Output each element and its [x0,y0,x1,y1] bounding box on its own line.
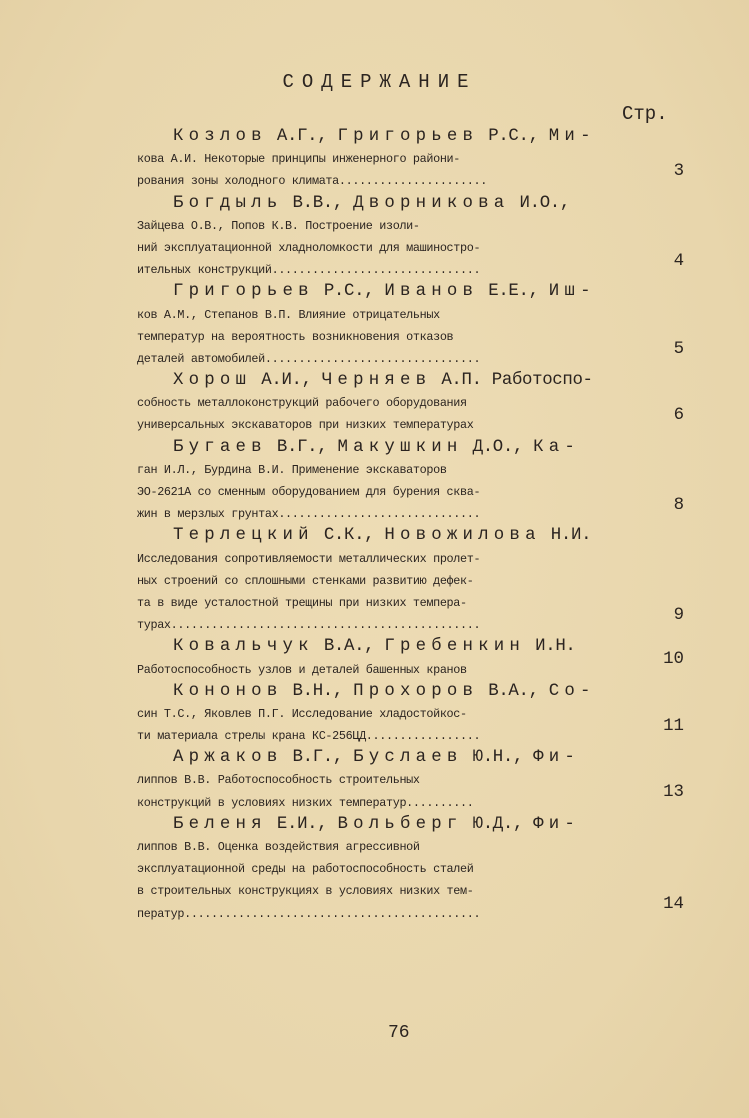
toc-entry: Беленя Е.И., Вольберг Ю.Д., Фи- липпов В… [137,814,667,925]
toc-entry-authors: Кононов В.Н., Прохоров В.А., Со- [137,681,667,703]
toc-entry: Ковальчук В.А., Гребенкин И.Н. Работоспо… [137,636,667,680]
toc-entry: Григорьев Р.С., Иванов Е.Е., Иш- ков А.М… [137,281,667,370]
toc-entry-text: липпов В.В. Оценка воздействия агрессивн… [137,836,667,858]
toc-entry-text: ительных конструкций....................… [137,259,667,281]
toc-entry-authors: Козлов А.Г., Григорьев Р.С., Ми- [137,126,667,148]
toc-entry-text: Зайцева О.В., Попов К.В. Построение изол… [137,215,667,237]
toc-page-number: 6 [674,406,684,425]
toc-entry-text: ти материала стрелы крана КС-256ЦД......… [137,725,667,747]
toc-page-number: 13 [663,783,684,802]
toc-entry-text: конструкций в условиях низких температур… [137,792,667,814]
page-column-label: Стр. [622,103,668,125]
toc-entry-text: ний эксплуатационной хладноломкости для … [137,237,667,259]
toc-entry-text: кова А.И. Некоторые принципы инженерного… [137,148,667,170]
toc-entry-text: собность металлоконструкций рабочего обо… [137,392,667,414]
toc-page-number: 5 [674,340,684,359]
toc-entry: Богдыль В.В., Дворникова И.О., Зайцева О… [137,193,667,282]
toc-entry-text: син Т.С., Яковлев П.Г. Исследование хлад… [137,703,667,725]
toc-page-number: 11 [663,717,684,736]
toc-entry-text: турах...................................… [137,614,667,636]
toc-entry-authors: Аржаков В.Г., Буслаев Ю.Н., Фи- [137,747,667,769]
toc-entry-text: рования зоны холодного климата..........… [137,170,667,192]
toc-entry-text: ператур.................................… [137,903,667,925]
toc-entry: Козлов А.Г., Григорьев Р.С., Ми- кова А.… [137,126,667,193]
toc-entry: Бугаев В.Г., Макушкин Д.О., Ка- ган И.Л.… [137,437,667,526]
toc-entry-text: в строительных конструкциях в условиях н… [137,880,667,902]
toc-entry-authors: Хорош А.И., Черняев А.П. Работоспо- [137,370,667,392]
toc-entry-text: ЭО-2621А со сменным оборудованием для бу… [137,481,667,503]
toc-page-number: 4 [674,252,684,271]
toc-entry-text: та в виде усталостной трещины при низких… [137,592,667,614]
toc-entry-text: Работоспособность узлов и деталей башенн… [137,659,667,681]
toc-entry-authors: Бугаев В.Г., Макушкин Д.О., Ка- [137,437,667,459]
toc-entry-authors: Богдыль В.В., Дворникова И.О., [137,193,667,215]
toc-entry-text: Исследования сопротивляемости металличес… [137,548,667,570]
toc-entry-text: температур на вероятность возникновения … [137,326,667,348]
toc-entry-authors: Терлецкий С.К., Новожилова Н.И. [137,525,667,547]
toc-entry-text: ган И.Л., Бурдина В.И. Применение экскав… [137,459,667,481]
toc-entry: Аржаков В.Г., Буслаев Ю.Н., Фи- липпов В… [137,747,667,814]
toc-entry-authors: Беленя Е.И., Вольберг Ю.Д., Фи- [137,814,667,836]
toc-entry-text: ков А.М., Степанов В.П. Влияние отрицате… [137,304,667,326]
toc-entry: Терлецкий С.К., Новожилова Н.И. Исследов… [137,525,667,636]
toc-entry: Хорош А.И., Черняев А.П. Работоспо- собн… [137,370,667,437]
toc-page-number: 10 [663,650,684,669]
toc-entry-text: универсальных экскаваторов при низких те… [137,414,667,436]
toc-entry-text: ных строений со сплошными стенками разви… [137,570,667,592]
document-page: СОДЕРЖАНИЕ Стр. Козлов А.Г., Григорьев Р… [0,0,749,1118]
toc-entry: Кононов В.Н., Прохоров В.А., Со- син Т.С… [137,681,667,748]
toc-entry-text: липпов В.В. Работоспособность строительн… [137,769,667,791]
toc-page-number: 14 [663,895,684,914]
toc-page-number: 3 [674,162,684,181]
toc-entry-text: жин в мерзлых грунтах...................… [137,503,667,525]
page-title: СОДЕРЖАНИЕ [0,71,749,93]
table-of-contents: Козлов А.Г., Григорьев Р.С., Ми- кова А.… [137,126,667,925]
toc-page-number: 8 [674,496,684,515]
toc-entry-authors: Григорьев Р.С., Иванов Е.Е., Иш- [137,281,667,303]
page-number: 76 [388,1023,410,1043]
toc-entry-text: эксплуатационной среды на работоспособно… [137,858,667,880]
toc-entry-authors: Ковальчук В.А., Гребенкин И.Н. [137,636,667,658]
toc-page-number: 9 [674,606,684,625]
toc-entry-text: деталей автомобилей.....................… [137,348,667,370]
